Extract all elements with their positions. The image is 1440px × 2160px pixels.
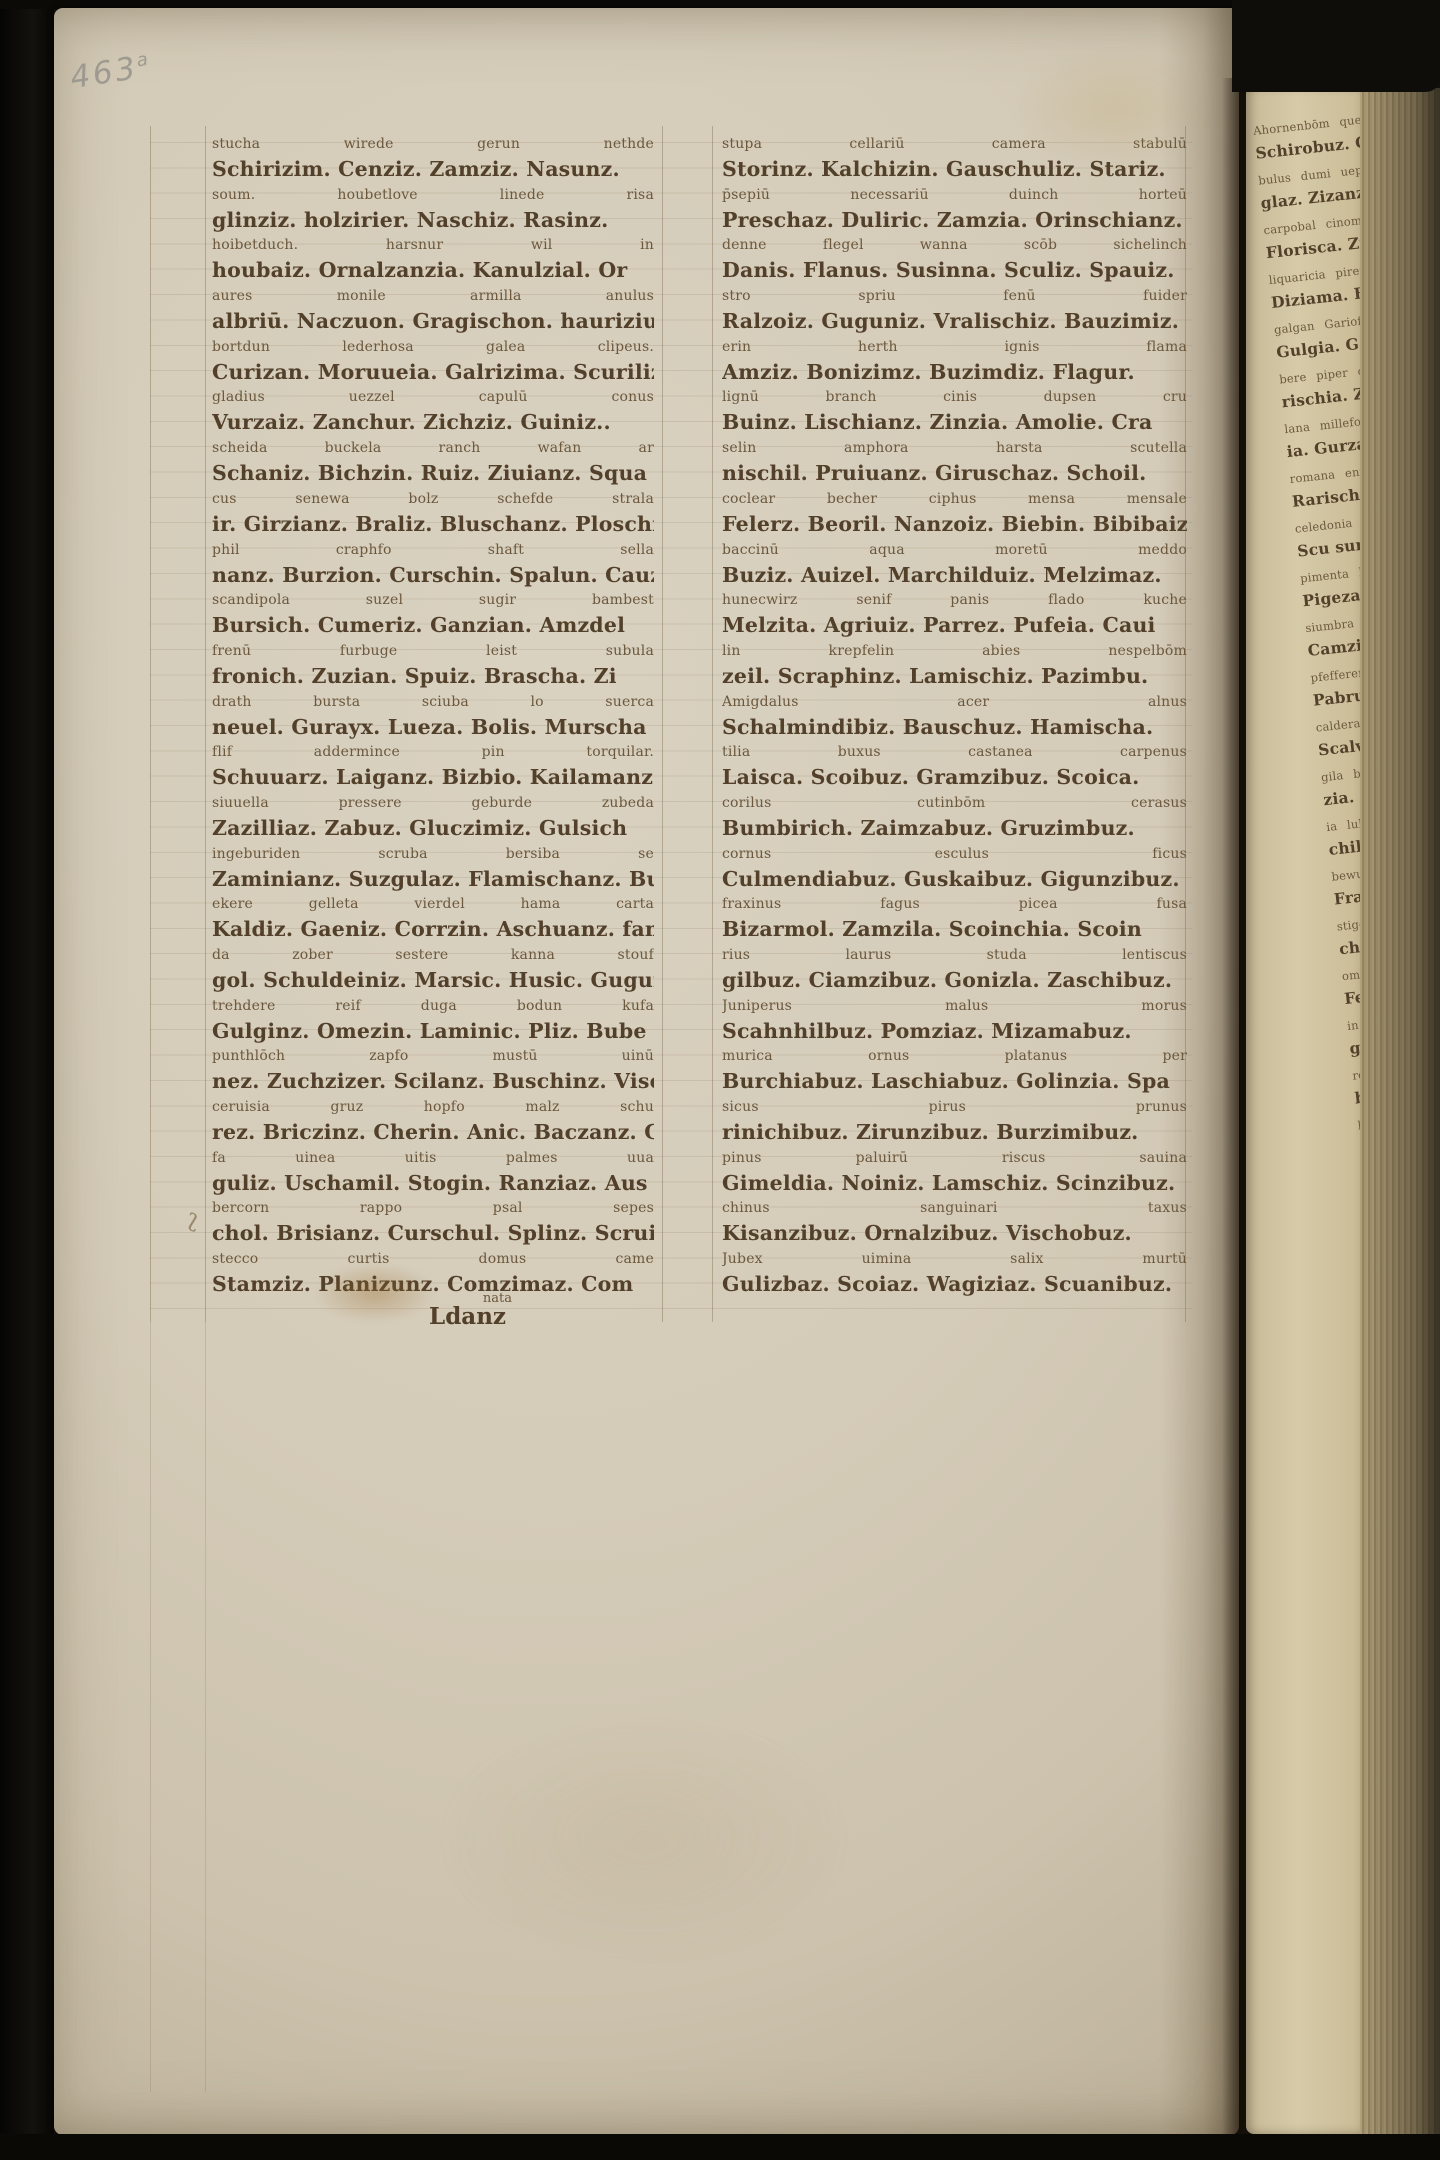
gloss-line: bercorn rappo psal sepes <box>212 1196 654 1220</box>
gloss-line: selin amphora harsta scutella <box>722 436 1187 460</box>
entry-line: Burchiabuz. Laschiabuz. Golinzia. Spa <box>722 1068 1187 1094</box>
gloss-entry-pair: pinus paluirū riscus sauinaGimeldia. Noi… <box>722 1146 1187 1197</box>
entry-line: Kisanzibuz. Ornalzibuz. Vischobuz. <box>722 1220 1187 1246</box>
text-column-right: stupa cellariū camera stabulūStorinz. Ka… <box>722 132 1187 1298</box>
entry-line: gilbuz. Ciamzibuz. Gonizla. Zaschibuz. <box>722 967 1187 993</box>
gloss-line: soum. houbetlove linede risa <box>212 183 654 207</box>
gloss-entry-pair: drath bursta sciuba lo suercaneuel. Gura… <box>212 690 654 741</box>
gloss-line: punthlōch zapfo mustū uinū <box>212 1044 654 1068</box>
gloss-line: fa uinea uitis palmes uua <box>212 1146 654 1170</box>
entry-line: Ralzoiz. Guguniz. Vralischiz. Bauzimiz. <box>722 308 1187 334</box>
gloss-entry-pair: bortdun lederhosa galea clipeus.Curizan.… <box>212 335 654 386</box>
gloss-line: murica ornus platanus per <box>722 1044 1187 1068</box>
entry-line: Amziz. Bonizimz. Buzimdiz. Flagur. <box>722 359 1187 385</box>
entry-line: ir. Girzianz. Braliz. Bluschanz. Ploschi <box>212 511 654 537</box>
background-bottom <box>0 2134 1440 2160</box>
gloss-entry-pair: flif addermince pin torquilar.Schuuarz. … <box>212 740 654 791</box>
folio-digits: 463 <box>68 50 141 96</box>
gloss-entry-pair: ingeburiden scruba bersiba seZaminianz. … <box>212 842 654 893</box>
gloss-line: ceruisia gruz hopfo malz schu <box>212 1095 654 1119</box>
text-column-left: stucha wirede gerun nethdeSchirizim. Cen… <box>212 132 654 1298</box>
entry-line: fronich. Zuzian. Spuiz. Brascha. Zi <box>212 663 654 689</box>
entry-line: Curizan. Moruueia. Galrizima. Scuriliz. <box>212 359 654 385</box>
entry-line: Laisca. Scoibuz. Gramzibuz. Scoica. <box>722 764 1187 790</box>
entry-line: zeil. Scraphinz. Lamischiz. Pazimbu. <box>722 663 1187 689</box>
gloss-line: corilus cutinbōm cerasus <box>722 791 1187 815</box>
parchment-discoloration <box>1014 48 1214 168</box>
gloss-line: scandipola suzel sugir bambest <box>212 588 654 612</box>
gloss-entry-pair: selin amphora harsta scutellanischil. Pr… <box>722 436 1187 487</box>
gloss-line: stecco curtis domus came <box>212 1247 654 1271</box>
entry-line: Vurzaiz. Zanchur. Zichziz. Guiniz.. <box>212 409 654 435</box>
gloss-entry-pair: Amigdalus acer alnusSchalmindibiz. Bausc… <box>722 690 1187 741</box>
entry-line: albriū. Naczuon. Gragischon. hauriziu. <box>212 308 654 334</box>
gloss-line: siuuella pressere geburde zubeda <box>212 791 654 815</box>
entry-line: nez. Zuchzizer. Scilanz. Buschinz. Visch… <box>212 1068 654 1094</box>
gloss-entry-pair: scheida buckela ranch wafan arSchaniz. B… <box>212 436 654 487</box>
gloss-line: chinus sanguinari taxus <box>722 1196 1187 1220</box>
entry-line: Melzita. Agriuiz. Parrez. Pufeia. Caui <box>722 612 1187 638</box>
gloss-entry-pair: phil craphfo shaft sellananz. Burzion. C… <box>212 538 654 589</box>
gloss-entry-pair: aures monile armilla anulusalbriū. Naczu… <box>212 284 654 335</box>
gloss-line: Jubex uimina salix murtū <box>722 1247 1187 1271</box>
entry-line: rez. Briczinz. Cherin. Anic. Baczanz. Gu… <box>212 1119 654 1145</box>
gloss-line: hunecwirz senif panis flado kuche <box>722 588 1187 612</box>
entry-line: Zaminianz. Suzgulaz. Flamischanz. Burf <box>212 866 654 892</box>
gloss-line: cornus esculus ficus <box>722 842 1187 866</box>
ruling-vertical <box>205 126 206 1322</box>
gloss-entry-pair: siuuella pressere geburde zubedaZazillia… <box>212 791 654 842</box>
gloss-entry-pair: frenū furbuge leist subulafronich. Zuzia… <box>212 639 654 690</box>
gloss-line: rius laurus studa lentiscus <box>722 943 1187 967</box>
gloss-entry-pair: corilus cutinbōm cerasusBumbirich. Zaimz… <box>722 791 1187 842</box>
gloss-entry-pair: cornus esculus ficusCulmendiabuz. Guskai… <box>722 842 1187 893</box>
ruling-vertical <box>662 126 663 1322</box>
gloss-line: baccinū aqua moretū meddo <box>722 538 1187 562</box>
entry-line: Bursich. Cumeriz. Ganzian. Amzdel <box>212 612 654 638</box>
gloss-line: stro spriu fenū fuider <box>722 284 1187 308</box>
gloss-line: cus senewa bolz schefde strala <box>212 487 654 511</box>
gloss-line: Amigdalus acer alnus <box>722 690 1187 714</box>
gloss-entry-pair: Ahornenbōm querc̄Schirobuz. Orschibi <box>1252 87 1360 170</box>
entry-line: Gulginz. Omezin. Laminic. Pliz. Bube <box>212 1018 654 1044</box>
gloss-line: ekere gelleta vierdel hama carta <box>212 892 654 916</box>
entry-line: Culmendiabuz. Guskaibuz. Gigunzibuz. <box>722 866 1187 892</box>
entry-line: Bizarmol. Zamzila. Scoinchia. Scoin <box>722 916 1187 942</box>
entry-line: guliz. Uschamil. Stogin. Ranziaz. Aus <box>212 1170 654 1196</box>
gloss-line: frenū furbuge leist subula <box>212 639 654 663</box>
ruling-vertical <box>1185 126 1186 1322</box>
folio-number: 463a <box>68 48 155 96</box>
facing-page-strip: Ahornenbōm querc̄Schirobuz. Orschibibulu… <box>1246 86 1360 2134</box>
gloss-entry-pair: murica ornus platanus perBurchiabuz. Las… <box>722 1044 1187 1095</box>
gloss-entry-pair: soum. houbetlove linede risaglinziz. hol… <box>212 183 654 234</box>
parchment-discoloration <box>434 1708 854 1968</box>
gloss-line: fraxinus fagus picea fusa <box>722 892 1187 916</box>
gloss-line: ingeburiden scruba bersiba se <box>212 842 654 866</box>
entry-line: Felerz. Beoril. Nanzoiz. Biebin. Bibibai… <box>722 511 1187 537</box>
gloss-entry-pair: denne flegel wanna scōb sichelinchDanis.… <box>722 233 1187 284</box>
gloss-entry-pair: ekere gelleta vierdel hama cartaKaldiz. … <box>212 892 654 943</box>
entry-line: nanz. Burzion. Curschin. Spalun. Cauz. <box>212 562 654 588</box>
closed-pages-fore-edge <box>1360 88 1440 2134</box>
gloss-entry-pair: fa uinea uitis palmes uuaguliz. Uschamil… <box>212 1146 654 1197</box>
facing-page-text: Ahornenbōm querc̄Schirobuz. Orschibibulu… <box>1252 87 1360 1264</box>
gloss-line: bortdun lederhosa galea clipeus. <box>212 335 654 359</box>
gloss-line: flif addermince pin torquilar. <box>212 740 654 764</box>
gloss-entry-pair: punthlōch zapfo mustū uinūnez. Zuchzizer… <box>212 1044 654 1095</box>
entry-line: Schaniz. Bichzin. Ruiz. Ziuianz. Squa <box>212 460 654 486</box>
gloss-entry-pair: lin krepfelin abies nespelbōmzeil. Scrap… <box>722 639 1187 690</box>
entry-line: gol. Schuldeiniz. Marsic. Husic. Gugurez… <box>212 967 654 993</box>
gloss-entry-pair: Jubex uimina salix murtūGulizbaz. Scoiaz… <box>722 1247 1187 1298</box>
gloss-entry-pair: bercorn rappo psal sepeschol. Brisianz. … <box>212 1196 654 1247</box>
folio-suffix: a <box>135 48 152 71</box>
entry-line: Schirizim. Cenziz. Zamziz. Nasunz. <box>212 156 654 182</box>
entry-line: houbaiz. Ornalzanzia. Kanulzial. Or <box>212 257 654 283</box>
entry-line: Gimeldia. Noiniz. Lamschiz. Scinzibuz. <box>722 1170 1187 1196</box>
gloss-line: hoibetduch. harsnur wil in <box>212 233 654 257</box>
gloss-line: coclear becher ciphus mensa mensale <box>722 487 1187 511</box>
gloss-entry-pair: rius laurus studa lentiscusgilbuz. Ciamz… <box>722 943 1187 994</box>
gloss-line: gladius uezzel capulū conus <box>212 385 654 409</box>
gloss-entry-pair: ceruisia gruz hopfo malz schurez. Briczi… <box>212 1095 654 1146</box>
ruling-vertical-long <box>150 1322 151 2092</box>
gloss-entry-pair: baccinū aqua moretū meddoBuziz. Auizel. … <box>722 538 1187 589</box>
gloss-line: drath bursta sciuba lo suerca <box>212 690 654 714</box>
ink-stain <box>316 1264 434 1322</box>
entry-line: Schuuarz. Laiganz. Bizbio. Kailamanz <box>212 764 654 790</box>
entry-line: neuel. Gurayx. Lueza. Bolis. Murscha <box>212 714 654 740</box>
manuscript-page: 463a stucha wirede gerun nethdeSchirizim… <box>54 8 1239 2135</box>
entry-line: Gulizbaz. Scoiaz. Wagiziaz. Scuanibuz. <box>722 1271 1187 1297</box>
entry-line: Buziz. Auizel. Marchilduiz. Melzimaz. <box>722 562 1187 588</box>
gloss-entry-pair: p̄sepiū necessariū duinch horteūPreschaz… <box>722 183 1187 234</box>
gloss-entry-pair: da zober sestere kanna stoufgol. Schulde… <box>212 943 654 994</box>
catchword-word: Ldanz <box>429 1303 506 1330</box>
gloss-entry-pair: lignū branch cinis dupsen cruBuinz. Lisc… <box>722 385 1187 436</box>
manuscript-photograph: 463a stucha wirede gerun nethdeSchirizim… <box>0 0 1440 2160</box>
gloss-line: phil craphfo shaft sella <box>212 538 654 562</box>
gloss-entry-pair: scandipola suzel sugir bambestBursich. C… <box>212 588 654 639</box>
gloss-entry-pair: gladius uezzel capulū conusVurzaiz. Zanc… <box>212 385 654 436</box>
gloss-entry-pair: tilia buxus castanea carpenusLaisca. Sco… <box>722 740 1187 791</box>
gloss-entry-pair: chinus sanguinari taxusKisanzibuz. Ornal… <box>722 1196 1187 1247</box>
gloss-line: denne flegel wanna scōb sichelinch <box>722 233 1187 257</box>
gloss-line: aures monile armilla anulus <box>212 284 654 308</box>
entry-line: nischil. Pruiuanz. Giruschaz. Schoil. <box>722 460 1187 486</box>
entry-line: Danis. Flanus. Susinna. Sculiz. Spauiz. <box>722 257 1187 283</box>
gloss-line: Juniperus malus morus <box>722 994 1187 1018</box>
entry-line: Bumbirich. Zaimzabuz. Gruzimbuz. <box>722 815 1187 841</box>
entry-line: Preschaz. Duliric. Zamzia. Orinschianz. <box>722 207 1187 233</box>
gloss-entry-pair: erin herth ignis flamaAmziz. Bonizimz. B… <box>722 335 1187 386</box>
background-top-right <box>1232 0 1440 92</box>
gloss-line: stucha wirede gerun nethde <box>212 132 654 156</box>
ruling-vertical <box>150 126 151 1322</box>
gloss-line: p̄sepiū necessariū duinch horteū <box>722 183 1187 207</box>
book-binding-edge <box>0 0 54 2160</box>
gloss-line: scheida buckela ranch wafan ar <box>212 436 654 460</box>
ruling-vertical <box>712 126 713 1322</box>
gloss-entry-pair: stro spriu fenū fuiderRalzoiz. Guguniz. … <box>722 284 1187 335</box>
gloss-entry-pair: sicus pirus prunusrinichibuz. Zirunzibuz… <box>722 1095 1187 1146</box>
entry-line: Zazilliaz. Zabuz. Gluczimiz. Gulsich <box>212 815 654 841</box>
gloss-line: trehdere reif duga bodun kufa <box>212 994 654 1018</box>
gloss-entry-pair: Juniperus malus morusScahnhilbuz. Pomzia… <box>722 994 1187 1045</box>
entry-line: rinichibuz. Zirunzibuz. Burzimibuz. <box>722 1119 1187 1145</box>
gloss-line: tilia buxus castanea carpenus <box>722 740 1187 764</box>
entry-line: chol. Brisianz. Curschul. Splinz. Scruiz… <box>212 1220 654 1246</box>
entry-line: glinziz. holzirier. Naschiz. Rasinz. <box>212 207 654 233</box>
gloss-line: lin krepfelin abies nespelbōm <box>722 639 1187 663</box>
gloss-line: lignū branch cinis dupsen cru <box>722 385 1187 409</box>
gloss-entry-pair: coclear becher ciphus mensa mensaleFeler… <box>722 487 1187 538</box>
ruling-vertical-long <box>205 1322 206 2092</box>
gloss-entry-pair: trehdere reif duga bodun kufaGulginz. Om… <box>212 994 654 1045</box>
gloss-entry-pair: hunecwirz senif panis flado kucheMelzita… <box>722 588 1187 639</box>
gloss-entry-pair: stucha wirede gerun nethdeSchirizim. Cen… <box>212 132 654 183</box>
gloss-line: sicus pirus prunus <box>722 1095 1187 1119</box>
entry-line: Kaldiz. Gaeniz. Corrzin. Aschuanz. fami <box>212 916 654 942</box>
gloss-line: da zober sestere kanna stouf <box>212 943 654 967</box>
gloss-line: erin herth ignis flama <box>722 335 1187 359</box>
gloss-entry-pair: cus senewa bolz schefde stralair. Girzia… <box>212 487 654 538</box>
gloss-entry-pair: fraxinus fagus picea fusaBizarmol. Zamzi… <box>722 892 1187 943</box>
entry-line: Buinz. Lischianz. Zinzia. Amolie. Cra <box>722 409 1187 435</box>
entry-line: Scahnhilbuz. Pomziaz. Mizamabuz. <box>722 1018 1187 1044</box>
gloss-entry-pair: hoibetduch. harsnur wil inhoubaiz. Ornal… <box>212 233 654 284</box>
entry-line: Schalmindibiz. Bauschuz. Hamischa. <box>722 714 1187 740</box>
gloss-line: pinus paluirū riscus sauina <box>722 1146 1187 1170</box>
